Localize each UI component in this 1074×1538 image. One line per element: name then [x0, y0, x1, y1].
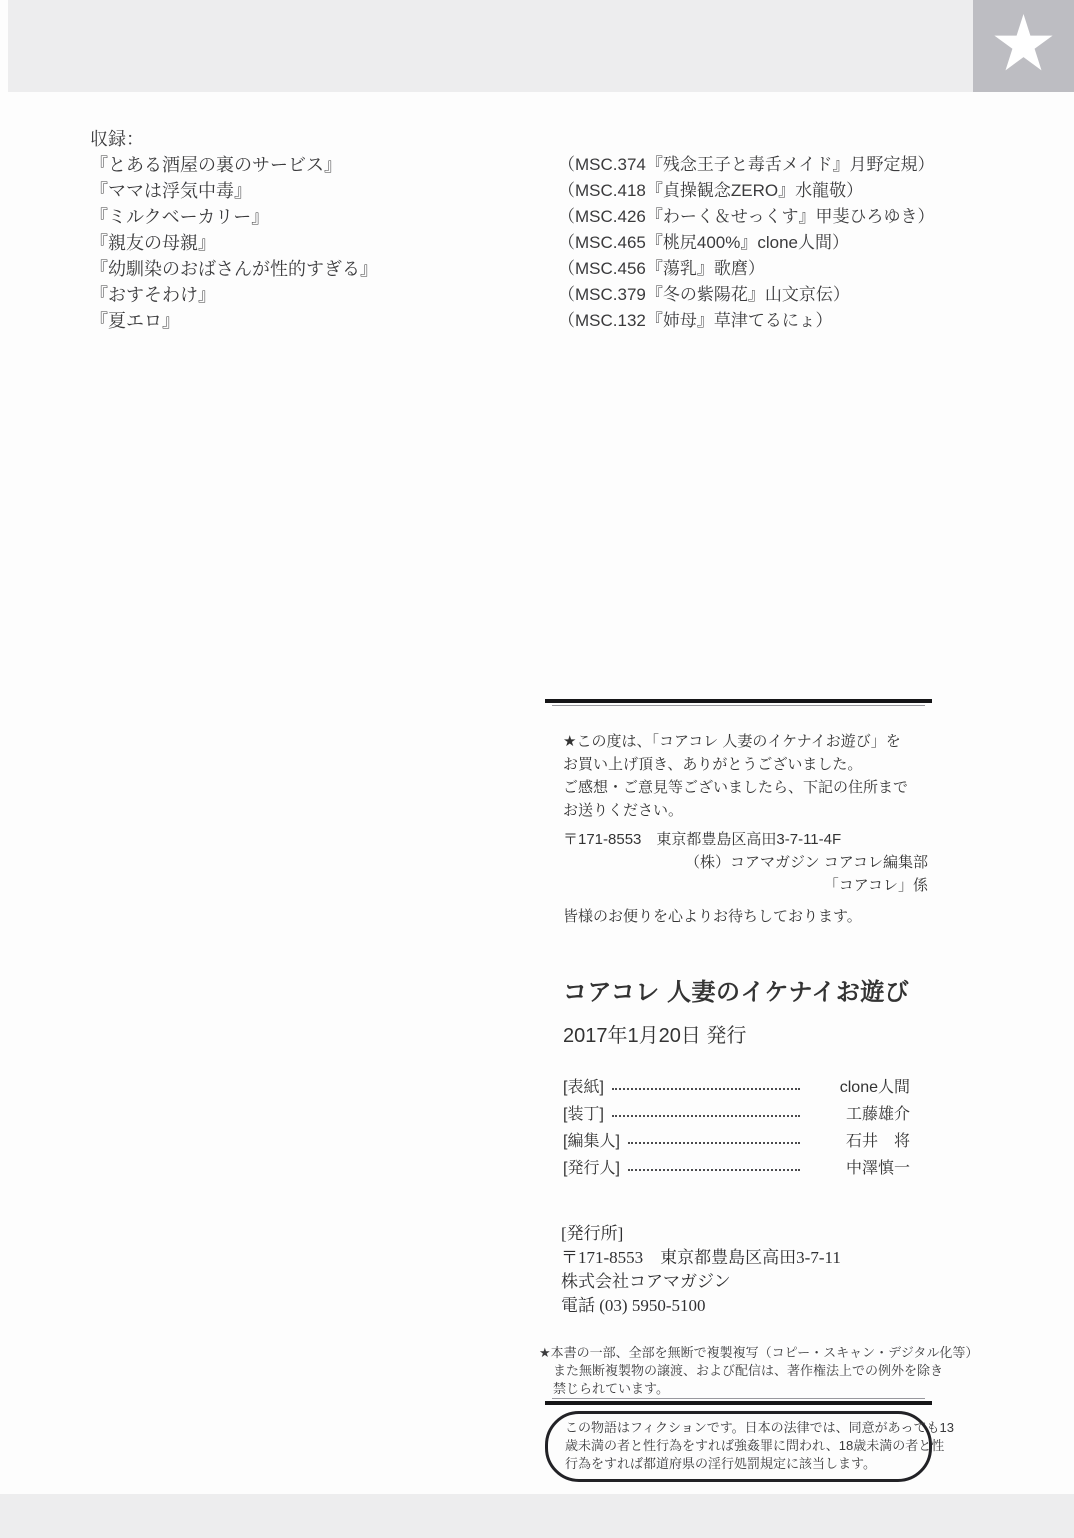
top-band [8, 0, 1074, 92]
colophon-column: ★この度は、「コアコレ 人妻のイケナイお遊び」を お買い上げ頂き、ありがとうござ… [545, 699, 932, 1482]
credit-role: [装丁] [563, 1101, 604, 1124]
top-rule-thin [552, 705, 925, 706]
bottom-band [0, 1494, 1074, 1538]
credit-role: [発行人] [563, 1155, 620, 1178]
toc-source: （MSC.456『蕩乳』歌麿） [558, 256, 935, 282]
feedback-line: ご感想・ご意見等ございましたら、下記の住所まで [563, 776, 928, 799]
toc-source: （MSC.465『桃尻400%』clone人間） [558, 230, 935, 256]
copyright-notice: ★本書の一部、全部を無断で複製複写（コピー・スキャン・デジタル化等） また無断複… [539, 1344, 932, 1398]
bottom-rule-thick [545, 1401, 932, 1405]
disclaimer-line: この物語はフィクションです。日本の法律では、同意があっても13 [565, 1419, 917, 1437]
feedback-closing: 皆様のお便りを心よりお待ちしております。 [563, 905, 928, 928]
credit-row: [表紙] clone人間 [563, 1070, 910, 1097]
toc-source-list: （MSC.374『残念王子と毒舌メイド』月野定規） （MSC.418『貞操観念Z… [558, 152, 935, 334]
toc-title: 『とある酒屋の裏のサービス』 [90, 152, 378, 178]
dotted-leader [628, 1169, 800, 1171]
disclaimer-line: 行為をすれば都道府県の淫行処罰規定に該当します。 [565, 1455, 917, 1473]
toc-title: 『ミルクベーカリー』 [90, 204, 378, 230]
credit-role: [編集人] [563, 1128, 620, 1151]
staff-credits: [表紙] clone人間 [装丁] 工藤雄介 [編集人] 石井 将 [発行人] … [545, 1070, 932, 1178]
credit-name: 石井 将 [806, 1128, 910, 1151]
credit-name: 中澤慎一 [806, 1155, 910, 1178]
toc-source: （MSC.418『貞操観念ZERO』水龍敬） [558, 178, 935, 204]
book-title: コアコレ 人妻のイケナイお遊び [545, 972, 932, 1007]
toc-title: 『幼馴染のおばさんが性的すぎる』 [90, 256, 378, 282]
toc-source: （MSC.379『冬の紫陽花』山文京伝） [558, 282, 935, 308]
feedback-dept: （株）コアマガジン コアコレ編集部 [563, 851, 928, 874]
copyright-line: ★本書の一部、全部を無断で複製複写（コピー・スキャン・デジタル化等） [539, 1344, 932, 1362]
publisher-company: 株式会社コアマガジン [561, 1270, 932, 1294]
dotted-leader [628, 1142, 800, 1144]
top-rule-thick [545, 699, 932, 703]
credit-row: [発行人] 中澤慎一 [563, 1151, 910, 1178]
toc-source: （MSC.132『姉母』草津てるにょ） [558, 308, 935, 334]
publisher-postal: 〒171-8553 東京都豊島区高田3-7-11 [561, 1246, 932, 1270]
reader-feedback-block: ★この度は、「コアコレ 人妻のイケナイお遊び」を お買い上げ頂き、ありがとうござ… [545, 730, 932, 928]
credit-name: 工藤雄介 [806, 1101, 910, 1124]
toc-title: 『ママは浮気中毒』 [90, 178, 378, 204]
credit-row: [編集人] 石井 将 [563, 1124, 910, 1151]
toc-title-list: 収録： 『とある酒屋の裏のサービス』 『ママは浮気中毒』 『ミルクベーカリー』 … [90, 126, 378, 334]
credit-name: clone人間 [806, 1074, 910, 1097]
fiction-disclaimer: この物語はフィクションです。日本の法律では、同意があっても13 歳未満の者と性行… [545, 1411, 932, 1482]
star-badge [973, 0, 1074, 92]
feedback-address: 〒171-8553 東京都豊島区高田3-7-11-4F [563, 828, 928, 851]
toc-heading: 収録： [90, 126, 378, 152]
publisher-label: [発行所] [561, 1222, 932, 1246]
credit-role: [表紙] [563, 1074, 604, 1097]
publication-date: 2017年1月20日 発行 [545, 1019, 932, 1048]
dotted-leader [612, 1115, 800, 1117]
toc-source: （MSC.374『残念王子と毒舌メイド』月野定規） [558, 152, 935, 178]
feedback-section: 「コアコレ」係 [563, 874, 928, 897]
disclaimer-line: 歳未満の者と性行為をすれば強姦罪に問われ、18歳未満の者と性 [565, 1437, 917, 1455]
bottom-rule-thin [552, 1398, 925, 1399]
feedback-line: お買い上げ頂き、ありがとうございました。 [563, 753, 928, 776]
feedback-line: ★この度は、「コアコレ 人妻のイケナイお遊び」を [563, 730, 928, 753]
publisher-phone: 電話 (03) 5950-5100 [561, 1294, 932, 1318]
toc-title: 『親友の母親』 [90, 230, 378, 256]
dotted-leader [612, 1088, 800, 1090]
copyright-line: また無断複製物の譲渡、および配信は、著作権法上での例外を除き [539, 1362, 932, 1380]
publisher-block: [発行所] 〒171-8553 東京都豊島区高田3-7-11 株式会社コアマガジ… [545, 1222, 932, 1318]
copyright-line: 禁じられています。 [539, 1380, 932, 1398]
credit-row: [装丁] 工藤雄介 [563, 1097, 910, 1124]
toc-source: （MSC.426『わーく＆せっくす』甲斐ひろゆき） [558, 204, 935, 230]
toc-title: 『おすそわけ』 [90, 282, 378, 308]
star-icon [973, 0, 1074, 92]
feedback-line: お送りください。 [563, 799, 928, 822]
toc-title: 『夏エロ』 [90, 308, 378, 334]
